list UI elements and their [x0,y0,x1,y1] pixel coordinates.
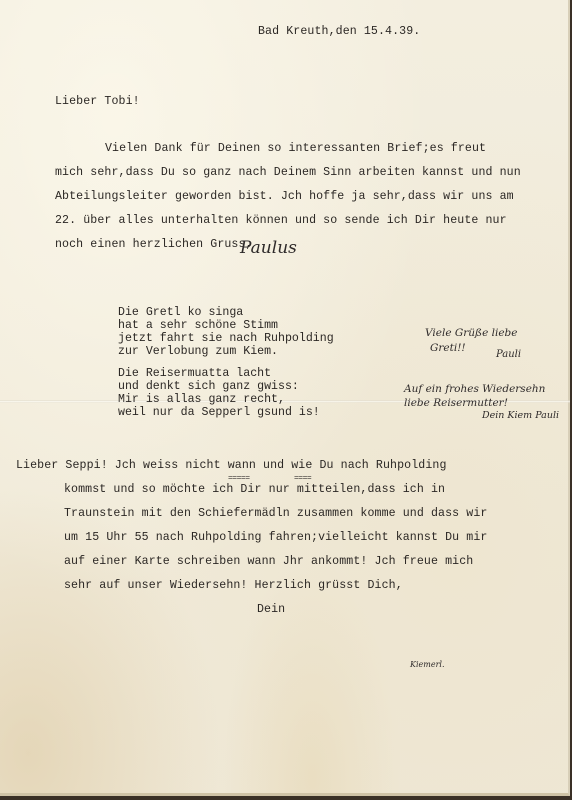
signature-paulus: Paulus [240,238,297,258]
handwritten-signature: Pauli [496,349,521,360]
closing-dein: Dein [257,603,285,616]
letter1-line: Abteilungsleiter geworden bist. Jch hoff… [55,190,514,203]
underline-wie: ==== [294,474,311,483]
poem-line: weil nur da Sepperl gsund is! [118,406,320,419]
letter2-first-line: Lieber Seppi! Jch weiss nicht wann und w… [16,459,447,472]
poem-line: Die Reisermuatta lacht [118,367,271,380]
letter2-line: auf einer Karte schreiben wann Jhr ankom… [64,555,473,568]
letter1-line: mich sehr,dass Du so ganz nach Deinem Si… [55,166,521,179]
letter2-line: kommst und so möchte ich Dir nur mitteil… [64,483,445,496]
poem-line: Mir is allas ganz recht, [118,393,285,406]
handwritten-line: liebe Reisermutter! [404,397,508,409]
salutation-tobi: Lieber Tobi! [55,95,140,108]
letter2-line: Traunstein mit den Schiefermädln zusamme… [64,507,487,520]
underline-wann: ===== [228,474,250,483]
poem-line: zur Verlobung zum Kiem. [118,345,278,358]
handwritten-line: Auf ein frohes Wiedersehn [404,383,545,395]
letter1-line: noch einen herzlichen Gruss, [55,238,253,251]
letter1-line: 22. über alles unterhalten können und so… [55,214,507,227]
letter1-line: Vielen Dank für Deinen so interessanten … [105,142,486,155]
letter2-line: um 15 Uhr 55 nach Ruhpolding fahren;viel… [64,531,487,544]
poem-line: hat a sehr schöne Stimm [118,319,278,332]
place-date: Bad Kreuth,den 15.4.39. [258,25,420,38]
handwritten-line: Viele Grüße liebe [425,327,517,339]
letter2-line: sehr auf unser Wiedersehn! Herzlich grüs… [64,579,403,592]
letter-page: Bad Kreuth,den 15.4.39. Lieber Tobi! Vie… [0,0,570,796]
poem-line: jetzt fahrt sie nach Ruhpolding [118,332,334,345]
handwritten-signature: Dein Kiem Pauli [482,410,559,421]
handwritten-line: Greti!! [430,342,466,354]
signature-kiemerl: Kiemerl. [410,660,445,669]
poem-line: und denkt sich ganz gwiss: [118,380,299,393]
poem-line: Die Gretl ko singa [118,306,243,319]
